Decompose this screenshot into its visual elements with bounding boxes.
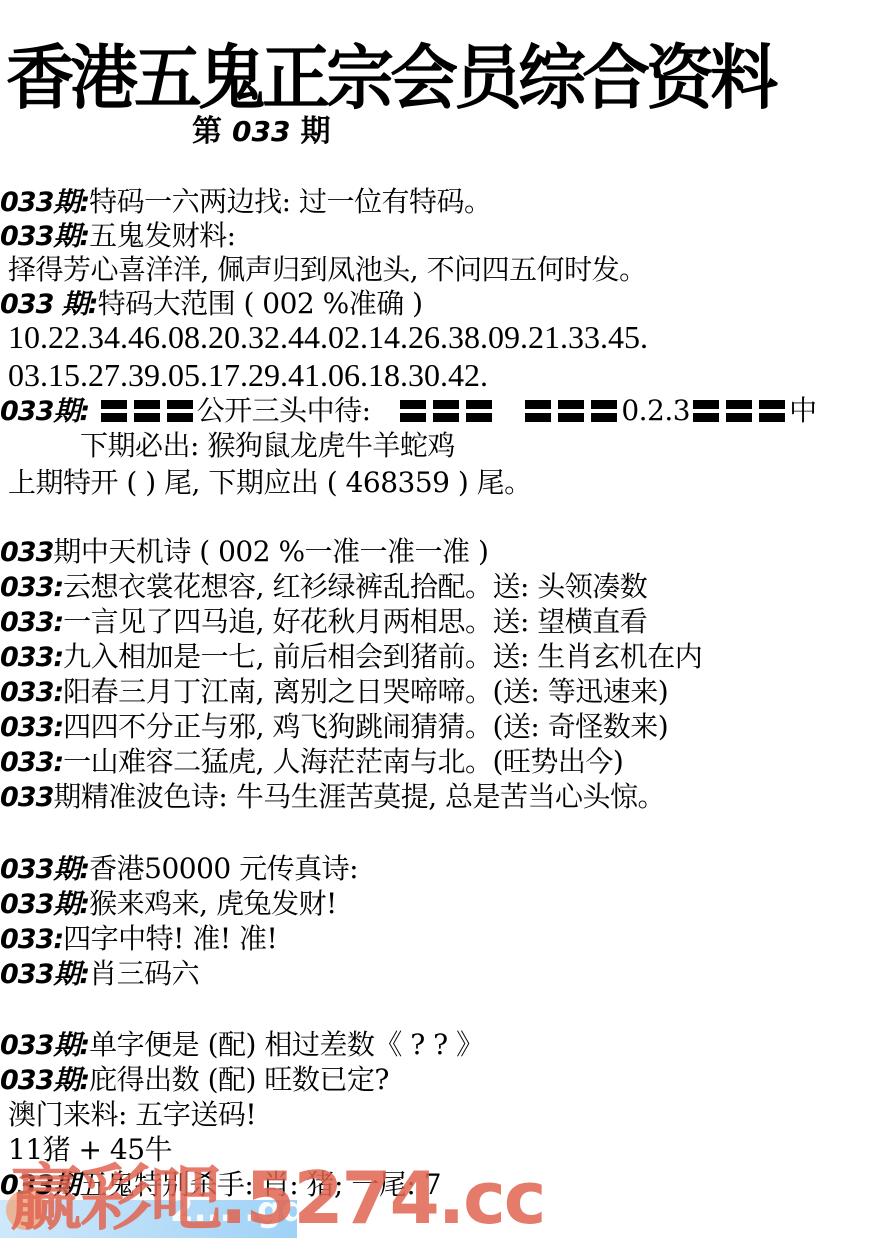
line-text: 庇得出数 (配) 旺数已定? <box>89 1063 389 1096</box>
block-icon <box>558 400 584 422</box>
line-text: 上期特开 ( ) 尾, 下期应出 ( 468359 ) 尾。 <box>8 466 532 499</box>
line-prefix: 033期: <box>0 187 89 218</box>
line-text: 中 <box>789 394 817 427</box>
line-macau-source: 澳门来料: 五字送码! <box>8 1098 256 1132</box>
line-text: 香港50000 元传真诗: <box>89 852 358 885</box>
line-fortune-poem: 择得芳心喜洋洋, 佩声归到凤池头, 不问四五何时发。 <box>8 253 647 287</box>
line-poem-heading: 033期中天机诗 ( 002 %一准一准一准 ) <box>0 535 488 570</box>
line-prefix: 033: <box>0 677 63 708</box>
block-icon <box>591 400 617 422</box>
block-icon <box>693 400 719 422</box>
line-prefix: 033期: <box>0 959 89 990</box>
line-prefix: 033期: <box>0 889 89 920</box>
line-text: 猴来鸡来, 虎兔发财! <box>89 887 337 920</box>
line-text: 阳春三月丁江南, 离别之日哭啼啼。(送: 等迅速来) <box>63 675 668 708</box>
line-poem-5: 033:四四不分正与邪, 鸡飞狗跳闹猜猜。(送: 奇怪数来) <box>0 710 668 745</box>
line-prefix: 033: <box>0 924 63 955</box>
line-next-zodiac: 下期必出: 猴狗鼠龙虎牛羊蛇鸡 <box>80 429 455 463</box>
line-text: 下期必出: 猴狗鼠龙虎牛羊蛇鸡 <box>80 429 455 462</box>
line-fax-poem-3: 033期:肖三码六 <box>0 957 199 992</box>
line-text: 期中天机诗 ( 002 %一准一准一准 ) <box>53 535 488 568</box>
line-fax-poem-1: 033期:猴来鸡来, 虎兔发财! <box>0 887 337 922</box>
line-text: 一言见了四马追, 好花秋月两相思。送: 望横直看 <box>63 605 647 638</box>
line-wave-color-poem: 033期精准波色诗: 牛马生涯苦莫提, 总是苦当心头惊。 <box>0 780 665 815</box>
line-text: 四字中特! 准! 准! <box>63 922 277 955</box>
issue-suffix: 期 <box>300 114 330 149</box>
line-number-list-1: 10.22.34.46.08.20.32.44.02.14.26.38.09.2… <box>8 320 648 354</box>
number-list: 10.22.34.46.08.20.32.44.02.14.26.38.09.2… <box>8 319 648 355</box>
block-icon <box>525 400 551 422</box>
line-prefix: 033 <box>0 782 53 813</box>
line-poem-2: 033:一言见了四马追, 好花秋月两相思。送: 望横直看 <box>0 605 647 640</box>
line-prefix: 033期: <box>0 396 89 427</box>
number-list: 03.15.27.39.05.17.29.41.06.18.30.42. <box>8 357 488 393</box>
line-fax-poem-heading: 033期:香港50000 元传真诗: <box>0 852 358 887</box>
line-tail-prediction: 上期特开 ( ) 尾, 下期应出 ( 468359 ) 尾。 <box>8 466 532 500</box>
block-icon <box>134 400 160 422</box>
line-text: 期精准波色诗: 牛马生涯苦莫提, 总是苦当心头惊。 <box>53 780 665 813</box>
block-icon <box>400 400 426 422</box>
block-icon <box>433 400 459 422</box>
line-text: 特码大范围 ( 002 %准确 ) <box>98 287 423 320</box>
line-poem-6: 033:一山难容二猛虎, 人海茫茫南与北。(旺势出今) <box>0 745 623 780</box>
line-prefix: 033期: <box>0 221 89 252</box>
line-text: 公开三头中待: <box>197 394 371 427</box>
block-icon <box>759 400 785 422</box>
line-prefix: 033 期: <box>0 289 98 320</box>
line-poem-1: 033:云想衣裳花想容, 红衫绿裤乱拾配。送: 头领凑数 <box>0 570 647 605</box>
line-text: 一山难容二猛虎, 人海茫茫南与北。(旺势出今) <box>63 745 623 778</box>
line-number-set: 033期:庇得出数 (配) 旺数已定? <box>0 1063 389 1098</box>
line-three-heads: 033期: 公开三头中待: 0.2.3中 <box>0 394 817 429</box>
line-range-heading: 033 期:特码大范围 ( 002 %准确 ) <box>0 287 423 322</box>
block-icon <box>726 400 752 422</box>
line-prefix: 033期: <box>0 1030 89 1061</box>
issue-heading: 第033期 <box>192 112 330 152</box>
line-special-code-hint: 033期:特码一六两边找: 过一位有特码。 <box>0 185 492 220</box>
line-fortune-heading: 033期:五鬼发财料: <box>0 219 236 254</box>
line-text: 澳门来料: 五字送码! <box>8 1098 256 1131</box>
three-heads-value: 0.2.3 <box>621 394 690 427</box>
issue-prefix: 第 <box>192 114 222 149</box>
line-prefix: 033 <box>0 537 53 568</box>
line-text: 五鬼发财料: <box>89 219 235 252</box>
line-prefix: 033: <box>0 747 63 778</box>
line-prefix: 033: <box>0 607 63 638</box>
block-icon <box>167 400 193 422</box>
line-prefix: 033期: <box>0 1065 89 1096</box>
line-fax-poem-2: 033:四字中特! 准! 准! <box>0 922 277 957</box>
line-poem-4: 033:阳春三月丁江南, 离别之日哭啼啼。(送: 等迅速来) <box>0 675 668 710</box>
line-single-char: 033期:单字便是 (配) 相过差数《 ? ? 》 <box>0 1028 484 1063</box>
document-title: 香港五鬼正宗会员综合资料 <box>6 38 840 118</box>
line-text: 单字便是 (配) 相过差数《 ? ? 》 <box>89 1028 483 1061</box>
line-prefix: 033: <box>0 642 63 673</box>
line-prefix: 033: <box>0 572 63 603</box>
line-text: 特码一六两边找: 过一位有特码。 <box>89 185 491 218</box>
line-prefix: 033期: <box>0 854 89 885</box>
line-prefix: 033: <box>0 712 63 743</box>
block-icon <box>101 400 127 422</box>
line-text: 肖三码六 <box>89 957 199 990</box>
watermark-text: 赢彩吧.5274.cc <box>10 1140 544 1238</box>
line-number-list-2: 03.15.27.39.05.17.29.41.06.18.30.42. <box>8 358 488 392</box>
line-text: 九入相加是一七, 前后相会到猪前。送: 生肖玄机在内 <box>63 640 702 673</box>
line-text: 云想衣裳花想容, 红衫绿裤乱拾配。送: 头领凑数 <box>63 570 647 603</box>
line-poem-3: 033:九入相加是一七, 前后相会到猪前。送: 生肖玄机在内 <box>0 640 702 675</box>
block-icon <box>466 400 492 422</box>
line-text: 择得芳心喜洋洋, 佩声归到凤池头, 不问四五何时发。 <box>8 253 647 286</box>
issue-number: 033 <box>232 115 290 148</box>
line-text: 四四不分正与邪, 鸡飞狗跳闹猜猜。(送: 奇怪数来) <box>63 710 668 743</box>
